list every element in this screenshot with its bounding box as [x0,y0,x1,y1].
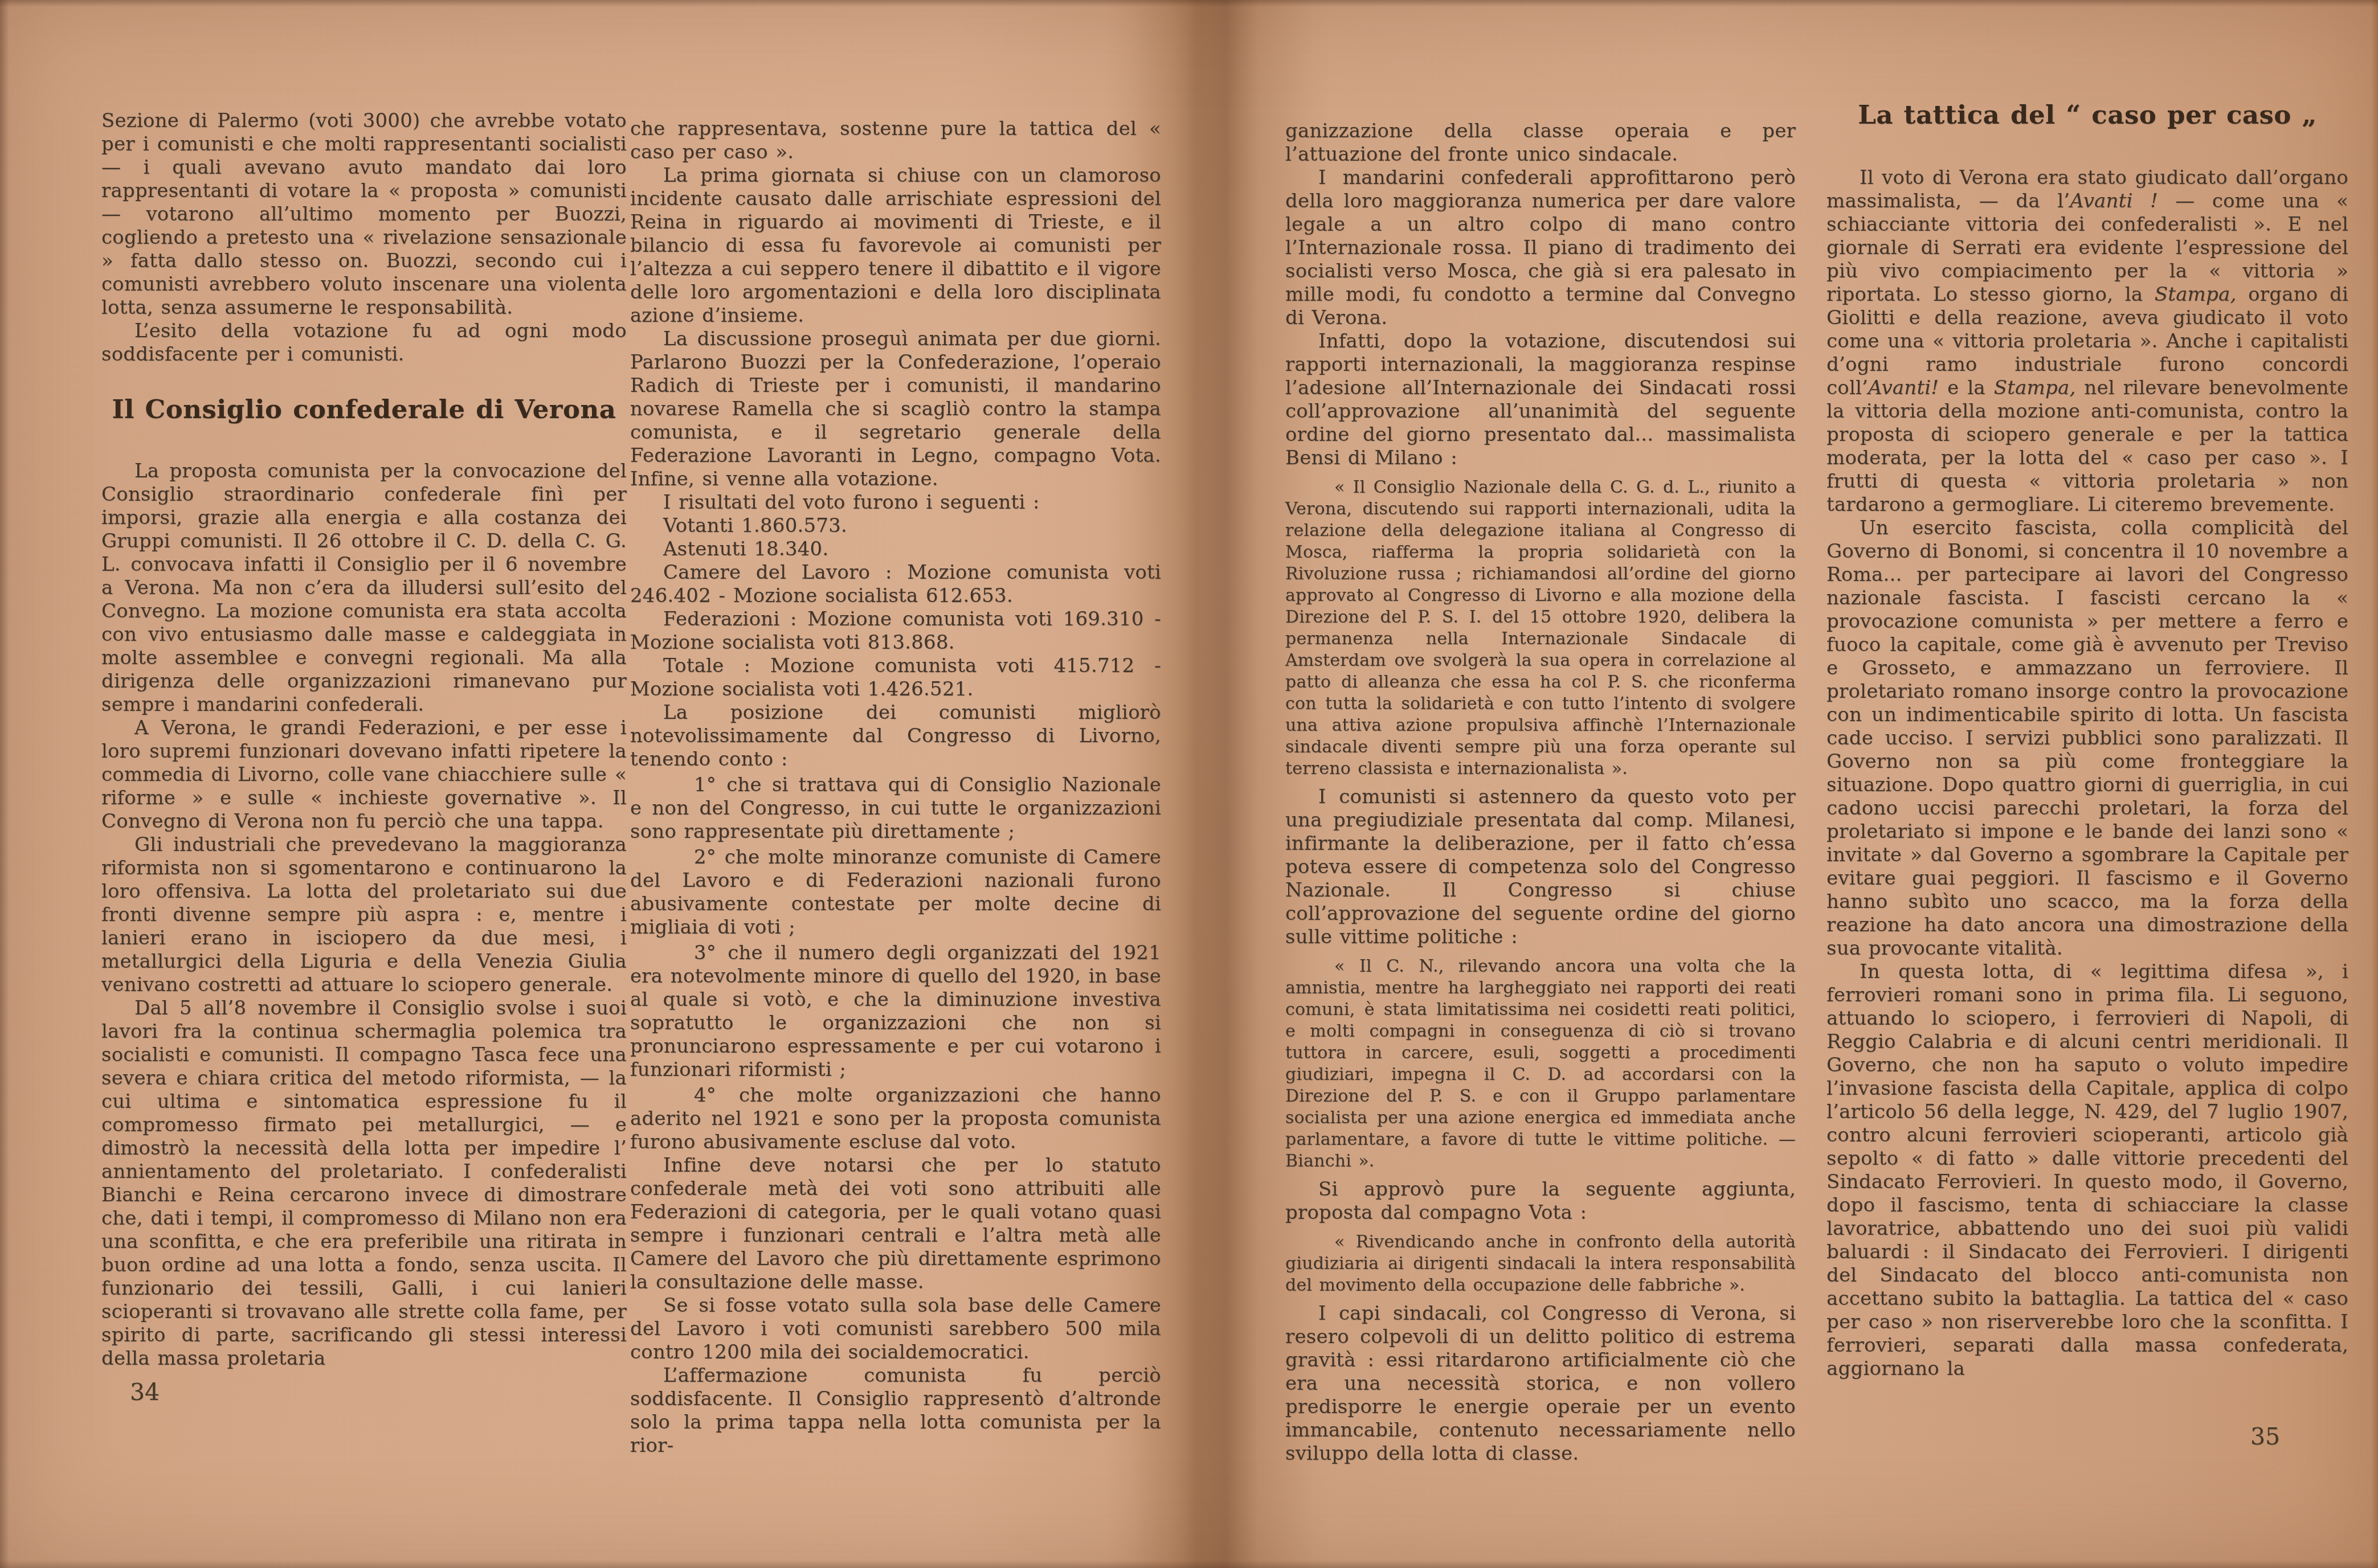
text-segment: e la [1939,376,1993,399]
italic-stampa: Stampa, [1994,376,2076,399]
left-page-column-1: Sezione di Palermo (voti 3000) che avreb… [101,109,627,1370]
numbered-point: 4° che molte organizzazioni che hanno ad… [630,1084,1161,1154]
section-heading-consiglio-confederale: Il Consiglio confederale di Verona [101,395,627,424]
vote-result-line: Votanti 1.860.573. [630,514,1161,538]
numbered-point: 3° che il numero degli organizzati del 1… [630,941,1161,1082]
resolution-quote: « Il Consiglio Nazionale della C. G. d. … [1285,477,1796,780]
numbered-point: 1° che si trattava qui di Consiglio Nazi… [630,773,1161,844]
paragraph: La prima giornata si chiuse con un clamo… [630,164,1161,327]
paragraph: Sezione di Palermo (voti 3000) che avreb… [101,109,627,320]
paragraph: L’affermazione comunista fu perciò soddi… [630,1364,1161,1458]
paragraph: La proposta comunista per la convocazion… [101,460,627,717]
paragraph: che rappresentava, sostenne pure la tatt… [630,117,1161,164]
paragraph: Se si fosse votato sulla sola base delle… [630,1294,1161,1364]
numbered-point: 2° che molte minoranze comuniste di Came… [630,846,1161,939]
paragraph: A Verona, le grandi Federazioni, e per e… [101,717,627,833]
paragraph: Dal 5 all’8 novembre il Consiglio svolse… [101,997,627,1370]
right-page-column-1: ganizzazione della classe operaia e per … [1285,120,1796,1465]
paragraph: Gli industriali che prevedevano la maggi… [101,833,627,997]
paragraph: Il voto di Verona era stato giudicato da… [1827,166,2348,517]
vote-result-line: Camere del Lavoro : Mozione comunista vo… [630,561,1161,608]
paragraph: Si approvò pure la seguente aggiunta, pr… [1285,1178,1796,1225]
vote-result-line: Astenuti 18.340. [630,538,1161,561]
paragraph: Un esercito fascista, colla complicità d… [1827,517,2348,960]
paragraph: La discussione proseguì animata per due … [630,327,1161,491]
paragraph: I comunisti si astennero da questo voto … [1285,785,1796,949]
paragraph: In questa lotta, di « legittima difesa »… [1827,960,2348,1381]
paragraph: I risultati del voto furono i seguenti : [630,491,1161,514]
page-number-34: 34 [130,1378,160,1406]
paragraph: I mandarini confederali approfittarono p… [1285,166,1796,330]
italic-avanti: Avanti ! [2070,190,2158,212]
right-page-column-2: La tattica del “ caso per caso „ Il voto… [1827,100,2348,1381]
paragraph: I capi sindacali, col Congresso di Veron… [1285,1302,1796,1465]
page-number-35: 35 [2250,1423,2280,1450]
paragraph: ganizzazione della classe operaia e per … [1285,120,1796,166]
section-heading-tattica-caso-per-caso: La tattica del “ caso per caso „ [1827,100,2348,130]
vote-result-line: Totale : Mozione comunista voti 415.712 … [630,654,1161,701]
italic-stampa: Stampa, [2155,283,2237,306]
resolution-quote: « Rivendicando anche in confronto della … [1285,1231,1796,1296]
left-page-column-2: che rappresentava, sostenne pure la tatt… [630,117,1161,1458]
book-spread: Sezione di Palermo (voti 3000) che avreb… [0,0,2378,1568]
vote-result-line: Federazioni : Mozione comunista voti 169… [630,608,1161,654]
paragraph: La posizione dei comunisti migliorò note… [630,701,1161,771]
paragraph: L’esito della votazione fu ad ogni modo … [101,320,627,366]
paragraph: Infatti, dopo la votazione, discutendosi… [1285,330,1796,470]
resolution-quote: « Il C. N., rilevando ancora una volta c… [1285,956,1796,1172]
paragraph: Infine deve notarsi che per lo statuto c… [630,1154,1161,1294]
italic-avanti: Avanti! [1868,376,1939,399]
